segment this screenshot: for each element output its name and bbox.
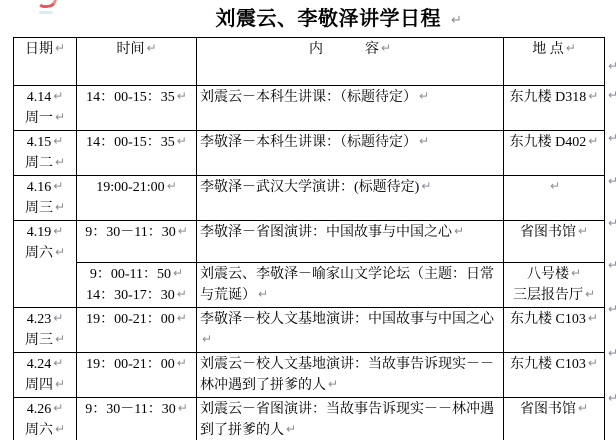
paragraph-mark-icon: ↵ [419,134,429,148]
location-text: 八号楼 [527,267,569,282]
location-cell: 八号楼↵ 三层报告厅↵ [504,263,605,308]
content-text: 李敬泽－本科生讲课：（标题待定） [200,135,417,150]
date-cell: 4.23↵ 周三↵ [14,308,77,353]
paragraph-mark-icon: ↵ [55,200,65,214]
table-row: 4.14↵ 周一↵ 14：00-15：35↵ 刘震云－本科生讲课：（标题待定）↵… [14,86,605,131]
paragraph-mark-icon: ↵ [588,89,598,103]
end-of-row-mark-icon: ↵ [608,259,616,271]
time-cell: 19：00-21：00↵ [77,353,197,398]
date-cell: 4.24↵ 周四↵ [14,353,77,398]
paragraph-mark-icon: ↵ [55,155,65,169]
end-of-row-mark-icon: ↵ [608,347,616,359]
header-date: 日期↵ [14,38,77,86]
paragraph-mark-icon: ↵ [177,89,187,103]
content-cell: 刘震云－校人文基地演讲：当故事告诉现实－－林冲遇到了拼爹的人↵ [197,353,504,398]
date-cell: 4.26↵ 周六↵ [14,398,77,440]
location-cell: ↵ [504,176,605,221]
table-row: 4.19↵ 周六↵ 9：30－11：30↵ 李敬泽－省图演讲：中国故事与中国之心… [14,221,605,263]
location-cell: 省图书馆↵ [504,221,605,263]
paragraph-mark-icon: ↵ [55,245,65,259]
header-row: 日期↵ 时间↵ 内 容↵ 地 点↵ [14,38,605,86]
date-cell: 4.16↵ 周三↵ [14,176,77,221]
paragraph-mark-icon: ↵ [55,422,65,436]
content-text: 刘震云－省图演讲：当故事告诉现实－－林冲遇到了拼爹的人 [200,402,494,438]
paragraph-mark-icon: ↵ [55,377,65,391]
paragraph-mark-icon: ↵ [173,266,183,280]
location-cell: 省图书馆↵ [504,398,605,440]
weekday-text: 周一 [25,111,53,126]
header-content-label: 内 容 [309,42,379,57]
date-text: 4.19 [27,225,52,240]
paragraph-mark-icon: ↵ [178,224,188,238]
date-text: 4.24 [27,357,52,372]
time-text: 14：30-17：30 [86,288,175,303]
time-text: 9：00-11：50 [90,267,171,282]
time-text: 14：00-15：35 [86,135,175,150]
paragraph-mark-icon: ↵ [578,224,588,238]
location-text: 东九楼 D318 [510,90,587,105]
location-text: 省图书馆 [520,225,576,240]
paragraph-mark-icon: ↵ [53,134,63,148]
time-cell: 14：00-15：35↵ [77,86,197,131]
location-cell: 东九楼 D318↵ [504,86,605,131]
time-text: 19:00-21:00 [96,180,164,195]
table-row: 9：00-11：50↵ 14：30-17：30↵ 刘震云、李敬泽－喻家山文学论坛… [14,263,605,308]
content-cell: 李敬泽－本科生讲课：（标题待定）↵ [197,131,504,176]
paragraph-mark-icon: ↵ [286,422,296,436]
paragraph-mark-icon: ↵ [53,224,63,238]
end-of-row-mark-icon: ↵ [608,175,616,187]
date-cell-merged: 4.19↵ 周六↵ [14,221,77,308]
time-text: 9：30－11：30 [85,402,175,417]
paragraph-mark-icon: ↵ [202,332,212,346]
time-cell: 19：00-21：00↵ [77,308,197,353]
content-text: 刘震云、李敬泽－喻家山文学论坛（主题：日常与荒诞） [200,267,494,303]
time-cell: 14：00-15：35↵ [77,131,197,176]
end-of-row-mark-icon: ↵ [608,60,616,72]
paragraph-mark-icon: ↵ [177,287,187,301]
table-row: 4.15↵ 周二↵ 14：00-15：35↵ 李敬泽－本科生讲课：（标题待定）↵… [14,131,605,176]
paragraph-mark-icon: ↵ [177,356,187,370]
paragraph-mark-icon: ↵ [55,332,65,346]
end-of-row-mark-icon: ↵ [608,89,616,101]
page-title-text: 刘震云、李敬泽讲学日程 [216,8,442,30]
content-cell: 李敬泽－武汉大学演讲：(标题待定)↵ [197,176,504,221]
table-row: 4.24↵ 周四↵ 19：00-21：00↵ 刘震云－校人文基地演讲：当故事告诉… [14,353,605,398]
end-of-row-mark-icon: ↵ [608,303,616,315]
paragraph-mark-icon: ↵ [53,311,63,325]
paragraph-mark-icon: ↵ [381,41,391,55]
content-text: 刘震云－本科生讲课：（标题待定） [200,90,417,105]
end-of-row-mark-icon: ↵ [608,217,616,229]
paragraph-mark-icon: ↵ [421,179,431,193]
content-text: 李敬泽－省图演讲：中国故事与中国之心 [200,225,452,240]
paragraph-mark-icon: ↵ [328,377,338,391]
paragraph-mark-icon: ↵ [578,401,588,415]
time-text: 19：00-21：00 [86,312,175,327]
content-text: 李敬泽－武汉大学演讲：(标题待定) [200,180,419,195]
paragraph-mark-icon: ↵ [451,13,462,28]
paragraph-mark-icon: ↵ [167,179,177,193]
content-cell: 刘震云－本科生讲课：（标题待定）↵ [197,86,504,131]
location-text: 省图书馆 [520,402,576,417]
paragraph-mark-icon: ↵ [146,41,156,55]
date-cell: 4.15↵ 周二↵ [14,131,77,176]
weekday-text: 周三 [25,201,53,216]
time-cell: 9：30－11：30↵ [77,398,197,440]
content-cell: 李敬泽－省图演讲：中国故事与中国之心↵ [197,221,504,263]
time-cell: 19:00-21:00↵ [77,176,197,221]
weekday-text: 周三 [25,333,53,348]
paragraph-mark-icon: ↵ [178,401,188,415]
end-of-row-mark-icon: ↵ [608,132,616,144]
header-time: 时间↵ [77,38,197,86]
time-text: 14：00-15：35 [86,90,175,105]
table-row: 4.23↵ 周三↵ 19：00-21：00↵ 李敬泽－校人文基地演讲：中国故事与… [14,308,605,353]
paragraph-mark-icon: ↵ [55,41,65,55]
paragraph-mark-icon: ↵ [588,356,598,370]
date-text: 4.23 [27,312,52,327]
weekday-text: 周二 [25,156,53,171]
content-cell: 刘震云、李敬泽－喻家山文学论坛（主题：日常与荒诞）↵ [197,263,504,308]
paragraph-mark-icon: ↵ [588,311,598,325]
location-text: 东九楼 D402 [510,135,587,150]
header-location-label: 地 点 [532,42,564,57]
table-row: 4.26↵ 周六↵ 9：30－11：30↵ 刘震云－省图演讲：当故事告诉现实－－… [14,398,605,440]
header-location: 地 点↵ [504,38,605,86]
paragraph-mark-icon: ↵ [550,179,560,193]
header-date-label: 日期 [25,42,53,57]
document-page: 刘震云、李敬泽讲学日程↵ 日期↵ 时间↵ 内 容↵ 地 点↵ 4.14↵ 周一↵… [0,0,616,440]
date-cell: 4.14↵ 周一↵ [14,86,77,131]
content-cell: 刘震云－省图演讲：当故事告诉现实－－林冲遇到了拼爹的人↵ [197,398,504,440]
location-cell: 东九楼 C103↵ [504,353,605,398]
paragraph-mark-icon: ↵ [177,134,187,148]
paragraph-mark-icon: ↵ [585,287,595,301]
weekday-text: 周六 [25,423,53,438]
paragraph-mark-icon: ↵ [53,89,63,103]
location-cell: 东九楼 D402↵ [504,131,605,176]
time-text: 9：30－11：30 [85,225,175,240]
end-of-row-mark-icon: ↵ [608,392,616,404]
content-text: 刘震云－校人文基地演讲：当故事告诉现实－－林冲遇到了拼爹的人 [200,357,494,393]
weekday-text: 周六 [25,246,53,261]
paragraph-mark-icon: ↵ [53,401,63,415]
page-title: 刘震云、李敬泽讲学日程↵ [0,6,616,32]
location-text: 三层报告厅 [513,288,583,303]
time-text: 19：00-21：00 [86,357,175,372]
date-text: 4.26 [27,402,52,417]
date-text: 4.14 [27,90,52,105]
paragraph-mark-icon: ↵ [454,224,464,238]
time-cell: 9：00-11：50↵ 14：30-17：30↵ [77,263,197,308]
paragraph-mark-icon: ↵ [53,356,63,370]
content-cell: 李敬泽－校人文基地演讲：中国故事与中国之心↵ [197,308,504,353]
paragraph-mark-icon: ↵ [566,41,576,55]
paragraph-mark-icon: ↵ [53,179,63,193]
date-text: 4.15 [27,135,52,150]
header-content: 内 容↵ [197,38,504,86]
paragraph-mark-icon: ↵ [55,110,65,124]
content-text: 李敬泽－校人文基地演讲：中国故事与中国之心 [200,312,494,327]
header-time-label: 时间 [116,42,144,57]
paragraph-mark-icon: ↵ [419,89,429,103]
weekday-text: 周四 [25,378,53,393]
time-cell: 9：30－11：30↵ [77,221,197,263]
location-text: 东九楼 C103 [510,357,586,372]
schedule-table: 日期↵ 时间↵ 内 容↵ 地 点↵ 4.14↵ 周一↵ 14：00-15：35↵… [13,37,605,440]
paragraph-mark-icon: ↵ [588,134,598,148]
location-text: 东九楼 C103 [510,312,586,327]
date-text: 4.16 [27,180,52,195]
paragraph-mark-icon: ↵ [571,266,581,280]
paragraph-mark-icon: ↵ [258,287,268,301]
location-cell: 东九楼 C103↵ [504,308,605,353]
table-row: 4.16↵ 周三↵ 19:00-21:00↵ 李敬泽－武汉大学演讲：(标题待定)… [14,176,605,221]
paragraph-mark-icon: ↵ [177,311,187,325]
